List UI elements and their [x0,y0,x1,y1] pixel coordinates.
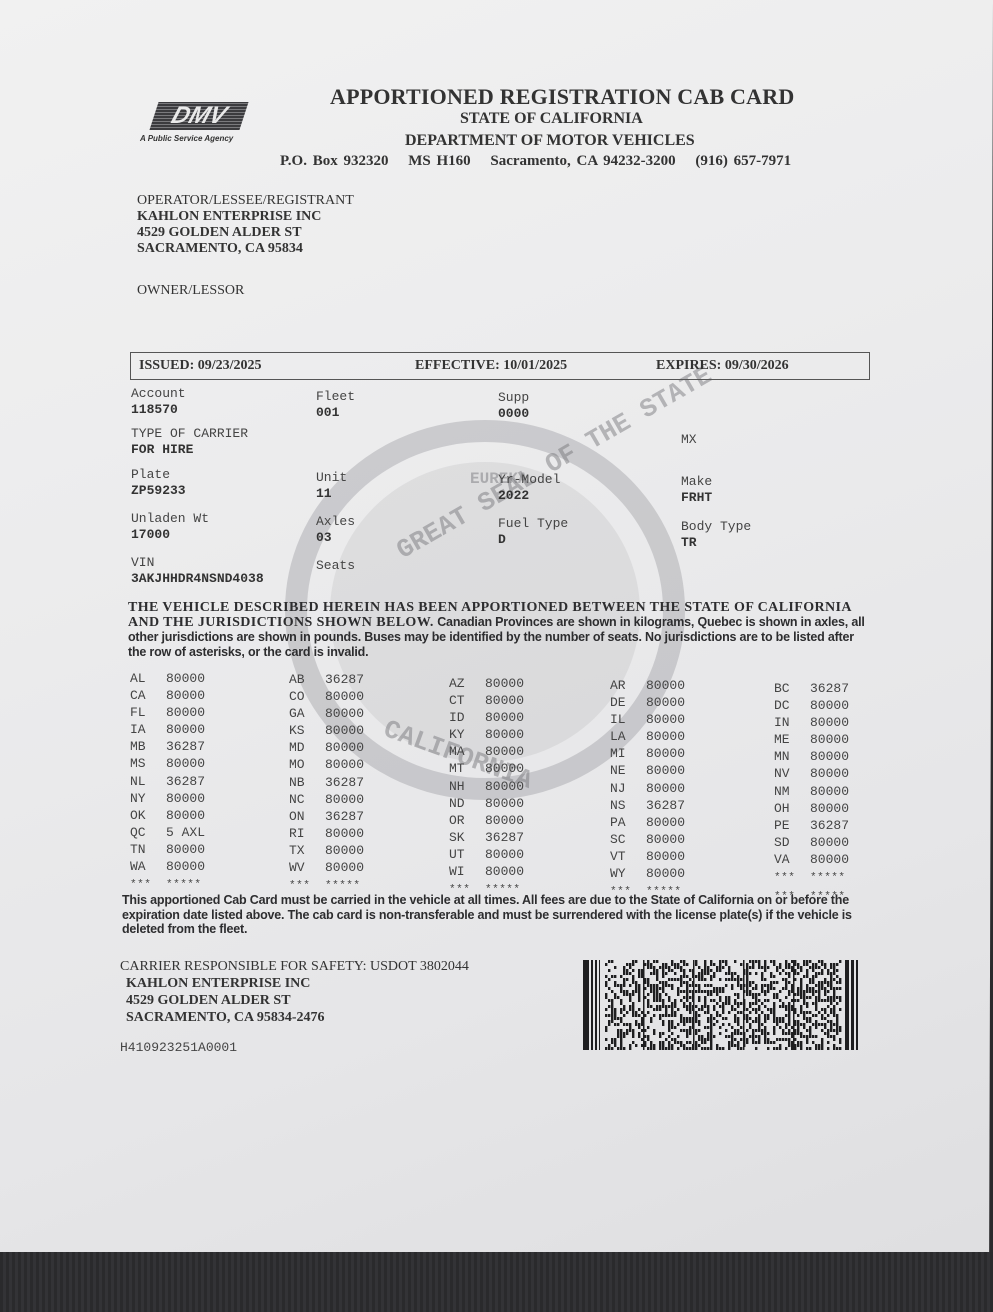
jurisdiction-code: OR [449,812,485,829]
jurisdiction-weight: 80000 [646,695,685,710]
jurisdiction-row: ND80000 [449,795,524,812]
jurisdiction-row: CT80000 [449,692,524,709]
jurisdiction-row: IL80000 [610,711,685,728]
jurisdiction-code: NC [289,791,325,808]
jurisdiction-weight: 36287 [325,809,364,824]
jurisdiction-row: NS36287 [610,797,685,814]
jurisdiction-row: MD80000 [289,739,364,756]
jurisdiction-row: VT80000 [610,848,685,865]
jurisdiction-row: WY80000 [610,865,685,882]
yr-model-field: Yr-Model 2022 [498,472,560,504]
jurisdiction-code: OH [774,800,810,817]
jurisdiction-code: SC [610,831,646,848]
jurisdiction-row: KY80000 [449,726,524,743]
jurisdiction-row: VA80000 [774,851,849,868]
jurisdiction-row: MS80000 [130,755,205,772]
jurisdiction-code: IN [774,714,810,731]
jurisdiction-code: PA [610,814,646,831]
jurisdiction-row: CA80000 [130,687,205,704]
jurisdiction-weight: ***** [166,879,202,891]
axles-field: Axles 03 [316,514,355,546]
jurisdiction-weight: 80000 [485,693,524,708]
jurisdiction-code: KS [289,722,325,739]
jurisdiction-row: SC80000 [610,831,685,848]
jurisdiction-code: AB [289,671,325,688]
jurisdiction-code: WA [130,858,166,875]
account-field: Account 118570 [131,386,186,418]
jurisdiction-weight: 80000 [485,727,524,742]
jurisdiction-code: ON [289,808,325,825]
jurisdiction-weight: 36287 [810,681,849,696]
jurisdiction-row: OH80000 [774,800,849,817]
jurisdiction-row: BC36287 [774,680,849,697]
jurisdiction-weight: 80000 [810,801,849,816]
jurisdiction-column: BC36287DC80000IN80000ME80000MN80000NV800… [774,680,849,906]
jurisdiction-row: LA80000 [610,728,685,745]
jurisdiction-weight: 80000 [166,671,205,686]
jurisdiction-row: GA80000 [289,705,364,722]
jurisdiction-weight: 80000 [810,698,849,713]
jurisdiction-weight: 80000 [810,715,849,730]
jurisdiction-column: AR80000DE80000IL80000LA80000MI80000NE800… [610,677,685,901]
jurisdiction-code: ME [774,731,810,748]
jurisdiction-weight: 80000 [485,847,524,862]
jurisdiction-column: AZ80000CT80000ID80000KY80000MA80000MT800… [449,675,524,899]
jurisdiction-row: MT80000 [449,760,524,777]
jurisdiction-weight: ***** [325,880,361,892]
registrant-label: OPERATOR/LESSEE/REGISTRANT [137,193,354,209]
city-zip: Sacramento, CA 94232-3200 [490,153,675,169]
jurisdiction-weight: 36287 [166,774,205,789]
jurisdiction-weight: 80000 [166,756,205,771]
body-type-field: Body Type TR [681,519,751,551]
jurisdiction-code: PE [774,817,810,834]
jurisdiction-weight: 5 AXL [166,825,205,840]
jurisdiction-weight: 80000 [646,746,685,761]
jurisdiction-weight: 80000 [810,766,849,781]
jurisdiction-row: AZ80000 [449,675,524,692]
jurisdiction-row: QC5 AXL [130,824,205,841]
jurisdiction-weight: 80000 [485,864,524,879]
jurisdiction-weight: 80000 [485,779,524,794]
jurisdiction-code: TN [130,841,166,858]
jurisdiction-weight: 80000 [325,826,364,841]
jurisdiction-weight: 36287 [485,830,524,845]
vin-field: VIN 3AKJHHDR4NSND4038 [131,555,264,587]
jurisdiction-code: CO [289,688,325,705]
jurisdiction-row: WA80000 [130,858,205,875]
jurisdiction-row: WV80000 [289,859,364,876]
dmv-tagline: A Public Service Agency [140,134,233,143]
jurisdiction-code: DC [774,697,810,714]
jurisdiction-code: SK [449,829,485,846]
jurisdiction-code: *** [774,870,810,887]
jurisdiction-row: PE36287 [774,817,849,834]
jurisdiction-code: CA [130,687,166,704]
jurisdiction-row: ID80000 [449,709,524,726]
jurisdiction-weight: 80000 [325,706,364,721]
jurisdiction-code: MO [289,756,325,773]
dmv-logo: DMV A Public Service Agency [140,102,248,150]
jurisdiction-row: TN80000 [130,841,205,858]
jurisdiction-row: UT80000 [449,846,524,863]
fleet-field: Fleet 001 [316,389,355,421]
jurisdiction-row: WI80000 [449,863,524,880]
jurisdiction-code: RI [289,825,325,842]
mx-field: MX [681,432,697,448]
safety-carrier-block: CARRIER RESPONSIBLE FOR SAFETY: USDOT 38… [120,958,469,1026]
jurisdiction-row: NB36287 [289,774,364,791]
jurisdiction-code: GA [289,705,325,722]
jurisdiction-code: NV [774,765,810,782]
jurisdiction-weight: 36287 [810,818,849,833]
jurisdiction-row: MO80000 [289,756,364,773]
jurisdiction-code: OK [130,807,166,824]
jurisdiction-row: MN80000 [774,748,849,765]
jurisdiction-code: AZ [449,675,485,692]
jurisdiction-row: ******** [774,868,849,887]
jurisdiction-weight: 80000 [646,832,685,847]
registrant-street: 4529 GOLDEN ALDER ST [137,225,354,241]
jurisdiction-code: MB [130,738,166,755]
jurisdiction-weight: 80000 [646,678,685,693]
jurisdiction-row: NH80000 [449,778,524,795]
issued-date: ISSUED: 09/23/2025 [139,358,262,374]
cab-card-footer-notice: This apportioned Cab Card must be carrie… [122,893,862,937]
jurisdiction-column: AL80000CA80000FL80000IA80000MB36287MS800… [130,670,205,894]
jurisdiction-code: WY [610,865,646,882]
jurisdiction-weight: 80000 [166,722,205,737]
jurisdiction-weight: 80000 [646,849,685,864]
cab-card-paper: DMV A Public Service Agency APPORTIONED … [0,0,993,1290]
jurisdiction-row: ME80000 [774,731,849,748]
jurisdiction-code: DE [610,694,646,711]
jurisdiction-row: DE80000 [610,694,685,711]
jurisdiction-weight: 80000 [166,688,205,703]
registrant-name: KAHLON ENTERPRISE INC [137,209,354,225]
jurisdiction-code: WI [449,863,485,880]
jurisdiction-code: NS [610,797,646,814]
effective-date: EFFECTIVE: 10/01/2025 [415,358,567,374]
jurisdiction-row: CO80000 [289,688,364,705]
jurisdiction-row: SK36287 [449,829,524,846]
jurisdiction-row: PA80000 [610,814,685,831]
jurisdiction-code: IA [130,721,166,738]
jurisdiction-weight: 36287 [325,775,364,790]
jurisdiction-weight: 80000 [646,763,685,778]
jurisdiction-weight: 80000 [166,791,205,806]
jurisdiction-weight: 80000 [325,792,364,807]
jurisdiction-weight: 80000 [646,712,685,727]
jurisdiction-row: IA80000 [130,721,205,738]
jurisdiction-weight: 80000 [810,749,849,764]
jurisdiction-code: MI [610,745,646,762]
jurisdiction-row: NE80000 [610,762,685,779]
unladen-weight-field: Unladen Wt 17000 [131,511,209,543]
jurisdiction-weight: 80000 [646,815,685,830]
jurisdiction-row: ON36287 [289,808,364,825]
jurisdiction-row: NV80000 [774,765,849,782]
jurisdiction-weight: 80000 [646,729,685,744]
jurisdiction-row: OK80000 [130,807,205,824]
jurisdiction-weight: 36287 [646,798,685,813]
jurisdiction-code: MN [774,748,810,765]
state-name: STATE OF CALIFORNIA [460,110,643,128]
jurisdiction-row: IN80000 [774,714,849,731]
jurisdiction-code: MS [130,755,166,772]
phone: (916) 657-7971 [695,153,791,169]
jurisdiction-code: NL [130,773,166,790]
safety-carrier-name: KAHLON ENTERPRISE INC [120,975,469,992]
jurisdiction-weight: 80000 [166,859,205,874]
dmv-logo-mark: DMV [149,102,248,130]
jurisdiction-row: NM80000 [774,783,849,800]
jurisdiction-weight: 80000 [325,860,364,875]
jurisdiction-code: NE [610,762,646,779]
jurisdiction-weight: 80000 [166,705,205,720]
jurisdiction-code: ND [449,795,485,812]
plate-field: Plate ZP59233 [131,467,186,499]
jurisdiction-weight: 80000 [325,843,364,858]
safety-carrier-street: 4529 GOLDEN ALDER ST [120,992,469,1009]
barcode-icon [583,960,859,1050]
jurisdiction-weight: 80000 [325,689,364,704]
jurisdiction-code: QC [130,824,166,841]
jurisdiction-code: ID [449,709,485,726]
document-id: H410923251A0001 [120,1040,237,1055]
jurisdiction-row: AB36287 [289,671,364,688]
po-box: P.O. Box 932320 [280,153,388,169]
jurisdiction-code: TX [289,842,325,859]
jurisdiction-row: AL80000 [130,670,205,687]
desk-surface [0,1252,993,1312]
safety-carrier-label: CARRIER RESPONSIBLE FOR SAFETY: USDOT 38… [120,958,469,975]
mail-stop: MS H160 [408,153,470,169]
jurisdiction-weight: 80000 [646,781,685,796]
registrant-city: SACRAMENTO, CA 95834 [137,241,354,257]
jurisdiction-code: NB [289,774,325,791]
jurisdiction-weight: 80000 [810,835,849,850]
jurisdiction-code: VT [610,848,646,865]
jurisdiction-row: MB36287 [130,738,205,755]
jurisdiction-row: NC80000 [289,791,364,808]
jurisdiction-weight: 80000 [325,740,364,755]
jurisdiction-row: RI80000 [289,825,364,842]
jurisdiction-weight: 36287 [325,672,364,687]
jurisdiction-weight: 80000 [485,710,524,725]
supp-field: Supp 0000 [498,390,529,422]
jurisdiction-code: WV [289,859,325,876]
jurisdiction-weight: 80000 [810,852,849,867]
owner-label: OWNER/LESSOR [137,283,244,299]
jurisdiction-weight: 80000 [325,723,364,738]
jurisdiction-code: NM [774,783,810,800]
jurisdiction-row: KS80000 [289,722,364,739]
jurisdiction-code: UT [449,846,485,863]
jurisdiction-weight: 80000 [646,866,685,881]
jurisdiction-weight: ***** [810,872,846,884]
jurisdiction-code: NJ [610,780,646,797]
jurisdiction-row: MI80000 [610,745,685,762]
jurisdiction-weight: 80000 [325,757,364,772]
make-field: Make FRHT [681,474,712,506]
department-name: DEPARTMENT OF MOTOR VEHICLES [405,132,695,150]
jurisdiction-code: MD [289,739,325,756]
dates-bar: ISSUED: 09/23/2025 EFFECTIVE: 10/01/2025… [130,352,870,380]
jurisdiction-code: AR [610,677,646,694]
apportionment-notice: THE VEHICLE DESCRIBED HEREIN HAS BEEN AP… [128,600,868,660]
jurisdiction-weight: 80000 [166,842,205,857]
jurisdiction-row: FL80000 [130,704,205,721]
jurisdiction-row: SD80000 [774,834,849,851]
jurisdiction-code: LA [610,728,646,745]
expires-date: EXPIRES: 09/30/2026 [656,358,789,374]
jurisdiction-weight: 80000 [485,744,524,759]
jurisdiction-code: CT [449,692,485,709]
jurisdiction-code: AL [130,670,166,687]
jurisdiction-row: NL36287 [130,773,205,790]
jurisdiction-row: TX80000 [289,842,364,859]
jurisdiction-code: SD [774,834,810,851]
jurisdiction-row: OR80000 [449,812,524,829]
jurisdiction-weight: 80000 [485,796,524,811]
jurisdiction-weight: 80000 [810,784,849,799]
jurisdiction-weight: 80000 [810,732,849,747]
jurisdiction-code: VA [774,851,810,868]
jurisdiction-weight: 80000 [166,808,205,823]
jurisdiction-code: MT [449,760,485,777]
jurisdiction-row: ******** [130,875,205,894]
jurisdiction-code: *** [130,877,166,894]
jurisdiction-row: MA80000 [449,743,524,760]
registrant-block: OPERATOR/LESSEE/REGISTRANT KAHLON ENTERP… [137,193,354,257]
document-title: APPORTIONED REGISTRATION CAB CARD [330,84,794,110]
fuel-type-field: Fuel Type D [498,516,568,548]
jurisdiction-column: AB36287CO80000GA80000KS80000MD80000MO800… [289,671,364,895]
jurisdiction-row: NY80000 [130,790,205,807]
jurisdiction-code: KY [449,726,485,743]
carrier-type-field: TYPE OF CARRIER FOR HIRE [131,426,248,458]
jurisdiction-code: NH [449,778,485,795]
safety-carrier-city: SACRAMENTO, CA 95834-2476 [120,1009,469,1026]
jurisdiction-row: NJ80000 [610,780,685,797]
jurisdiction-code: MA [449,743,485,760]
jurisdiction-code: NY [130,790,166,807]
jurisdiction-code: BC [774,680,810,697]
jurisdiction-row: AR80000 [610,677,685,694]
jurisdiction-code: IL [610,711,646,728]
seats-field: Seats [316,558,355,574]
jurisdiction-weight: 80000 [485,676,524,691]
jurisdiction-row: DC80000 [774,697,849,714]
dmv-address: P.O. Box 932320 MS H160 Sacramento, CA 9… [280,153,805,170]
jurisdiction-weight: 36287 [166,739,205,754]
jurisdiction-code: FL [130,704,166,721]
unit-field: Unit 11 [316,470,347,502]
jurisdiction-weight: 80000 [485,813,524,828]
jurisdiction-weight: 80000 [485,761,524,776]
